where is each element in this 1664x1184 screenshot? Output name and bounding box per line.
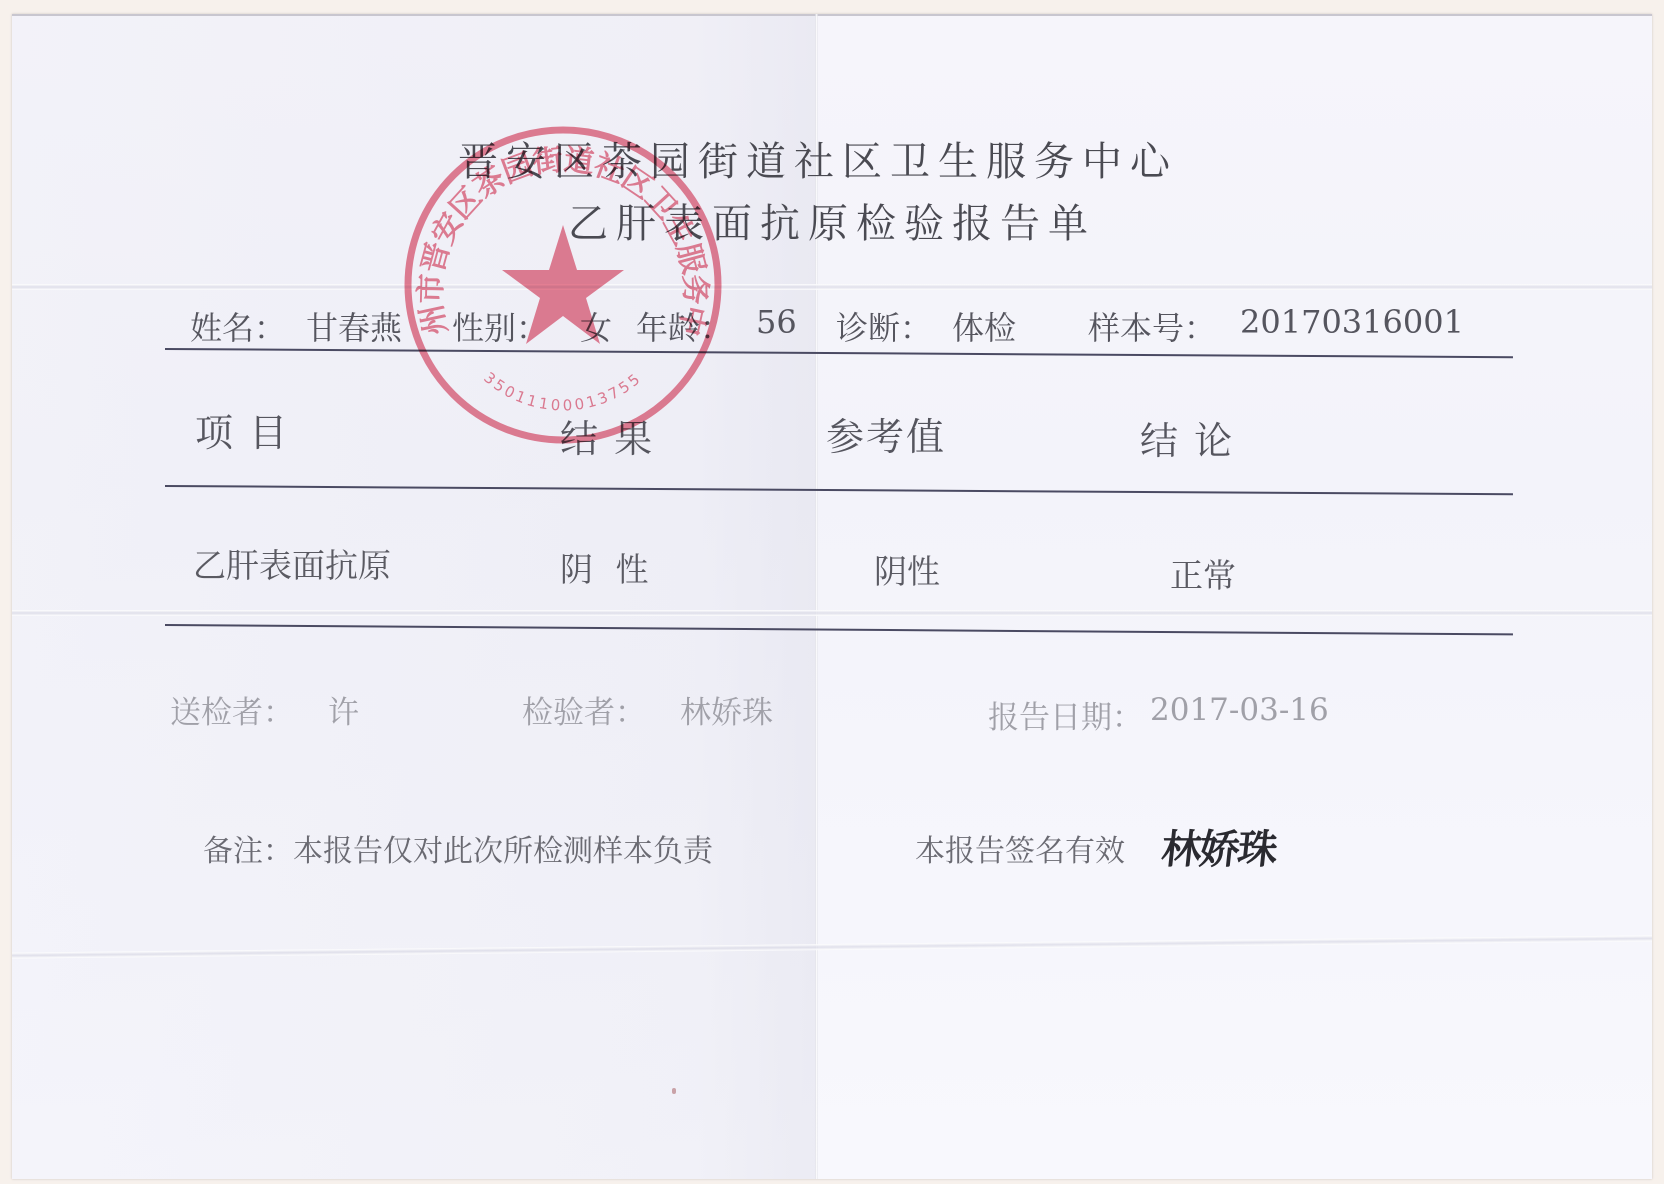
paper-edge <box>12 14 1652 16</box>
handwritten-signature: 林娇珠 <box>1159 818 1279 875</box>
sex-label: 性别： <box>452 303 548 349</box>
examiner-label: 检验者： <box>522 687 646 732</box>
paper-shading <box>12 14 815 1179</box>
org-title: 晋安区茶园街道社区卫生服务中心 <box>458 130 1178 187</box>
signature-valid-note: 本报告签名有效 <box>915 826 1125 870</box>
fold-crease-horizontal <box>12 610 1652 616</box>
col-header-result: 结 果 <box>560 408 654 463</box>
fold-crease-vertical <box>815 14 818 1179</box>
col-header-item: 项 目 <box>195 402 289 457</box>
submitter-label: 送检者： <box>170 687 294 732</box>
report-title: 乙肝表面抗原检验报告单 <box>568 192 1096 249</box>
sex-value: 女 <box>580 303 612 349</box>
patient-name: 甘春燕 <box>306 303 402 349</box>
diagnosis-value: 体检 <box>952 303 1016 349</box>
table-row-conclusion: 正常 <box>1170 550 1236 597</box>
report-date-label: 报告日期： <box>988 692 1143 737</box>
report-date-value: 2017-03-16 <box>1150 692 1329 728</box>
report-paper <box>12 14 1652 1179</box>
table-row-item: 乙肝表面抗原 <box>193 540 391 587</box>
diagnosis-label: 诊断： <box>836 303 932 349</box>
submitter-value: 许 <box>328 687 359 732</box>
col-header-reference: 参考值 <box>826 406 946 461</box>
sample-no-value: 20170316001 <box>1240 303 1464 341</box>
remark-note: 备注：本报告仅对此次所检测样本负责 <box>203 826 713 870</box>
patient-name-label: 姓名： <box>190 303 286 349</box>
table-row-reference: 阴性 <box>874 546 940 593</box>
age-value: 56 <box>756 303 797 341</box>
col-header-conclusion: 结 论 <box>1140 410 1234 465</box>
sample-no-label: 样本号： <box>1088 303 1216 349</box>
paper-spot <box>672 1088 676 1094</box>
examiner-value: 林娇珠 <box>680 687 773 732</box>
age-label: 年龄： <box>636 303 732 349</box>
fold-crease-horizontal <box>12 284 1652 290</box>
table-row-result: 阴 性 <box>560 544 655 591</box>
